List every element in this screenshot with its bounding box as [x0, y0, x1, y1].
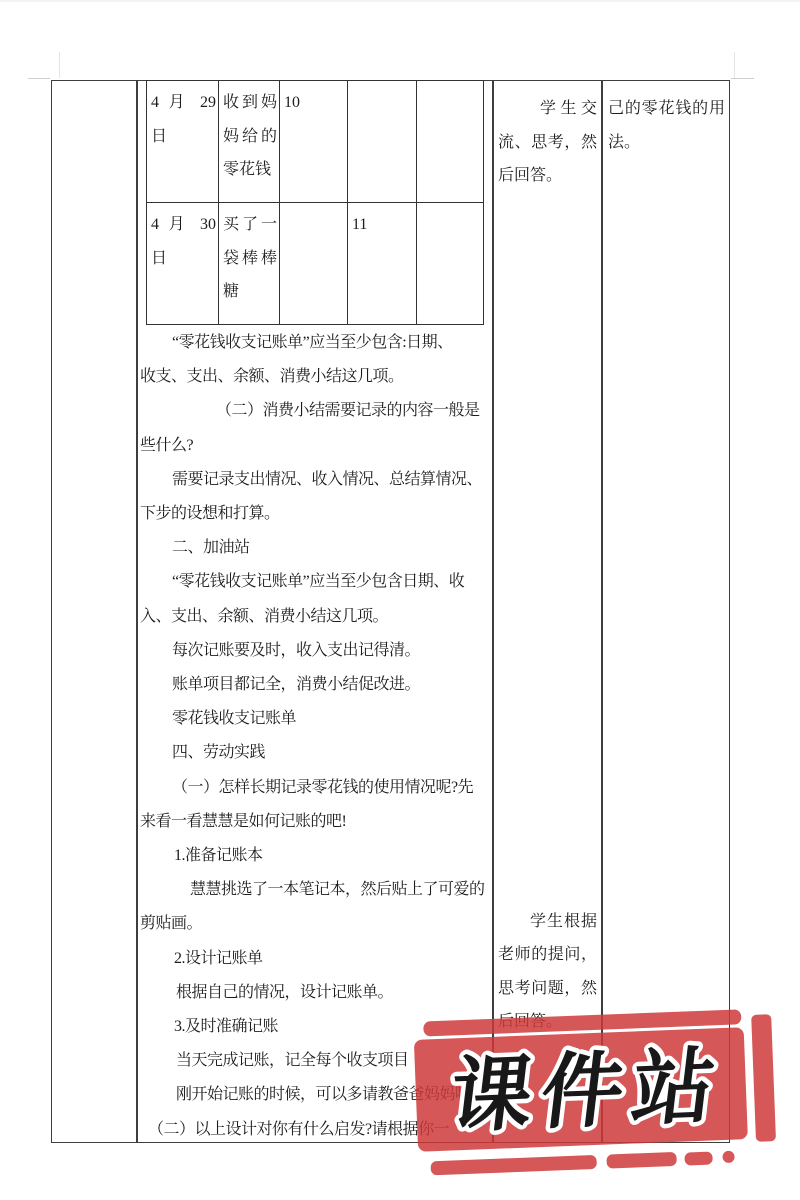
body-line: （二）消费小结需要记录的内容一般是: [140, 394, 488, 428]
ledger-cell: [348, 81, 417, 203]
stamp-text: 课件站: [445, 1040, 729, 1142]
stamp-text-svg: 课件站: [418, 1025, 758, 1158]
body-line: 零花钱收支记账单: [140, 702, 488, 736]
ledger-cell: [417, 203, 484, 325]
margin-cropmark-right: [731, 78, 754, 79]
page-top-edge: [0, 0, 800, 2]
design-intent-text: 己的零花钱的用法。: [608, 92, 725, 159]
margin-cropmark-left: [28, 78, 50, 79]
body-line: 四、劳动实践: [140, 736, 488, 770]
ledger-row: 4 月 30 日买了一袋棒棒糖11: [147, 203, 484, 325]
watermark-stamp: 课件站: [407, 998, 781, 1187]
body-line: 收支、支出、余额、消费小结这几项。: [140, 360, 488, 394]
body-line: 1.准备记账本: [140, 839, 488, 873]
margin-cropmark-right-vertical: [734, 52, 735, 78]
body-line: 每次记账要及时，收入支出记得清。: [140, 634, 488, 668]
body-line: 二、加油站: [140, 531, 488, 565]
body-line: 来看一看慧慧是如何记账的吧!: [140, 805, 488, 839]
ledger-cell: 4 月 29 日: [147, 81, 219, 203]
body-line: 入、支出、余额、消费小结这几项。: [140, 600, 488, 634]
body-line: （一）怎样长期记录零花钱的使用情况呢?先: [140, 771, 488, 805]
body-line: 需要记录支出情况、收入情况、总结算情况、: [140, 463, 488, 497]
ledger-cell: 11: [348, 203, 417, 325]
ledger-row: 4 月 29 日收到妈妈给的零花钱10: [147, 81, 484, 203]
ledger-cell: [280, 203, 348, 325]
body-line: 慧慧挑选了一本笔记本，然后贴上了可爱的: [140, 873, 488, 907]
body-line: 根据自己的情况，设计记账单。: [140, 976, 488, 1010]
body-line: 2.设计记账单: [140, 942, 488, 976]
design-intent-column: 己的零花钱的用法。: [603, 84, 730, 159]
body-line: “零花钱收支记账单”应当至少包含日期、收: [140, 565, 488, 599]
body-line: “零花钱收支记账单”应当至少包含:日期、: [140, 326, 488, 360]
ledger-cell: 收到妈妈给的零花钱: [219, 81, 280, 203]
body-line: 下步的设想和打算。: [140, 497, 488, 531]
body-line: 些什么?: [140, 429, 488, 463]
ledger-cell: 10: [280, 81, 348, 203]
body-line: 账单项目都记全，消费小结促改进。: [140, 668, 488, 702]
ledger-table: 4 月 29 日收到妈妈给的零花钱104 月 30 日买了一袋棒棒糖11: [146, 80, 484, 325]
page: { "document": { "ledger_table": { "rows"…: [0, 0, 800, 1200]
ledger-cell: 买了一袋棒棒糖: [219, 203, 280, 325]
stamp-border-bottom-dot: [722, 1151, 734, 1163]
outer-table-column-line-3: [601, 81, 603, 1142]
stamp-border-bottom-dash: [431, 1155, 597, 1175]
outer-table-column-line-1: [136, 81, 138, 1142]
student-activity-column: 学生交流、思考，然后回答。 学生根据老师的提问，思考问题，然后回答。: [494, 84, 601, 1039]
student-activity-top: 学生交流、思考，然后回答。: [498, 92, 597, 193]
ledger-cell: [417, 81, 484, 203]
margin-cropmark-left-vertical: [59, 52, 60, 78]
stamp-border-bottom-dash: [606, 1152, 676, 1169]
stamp-border-bottom-dash: [684, 1152, 712, 1166]
body-line: 剪贴画。: [140, 907, 488, 941]
ledger-body: 4 月 29 日收到妈妈给的零花钱104 月 30 日买了一袋棒棒糖11: [147, 81, 484, 325]
ledger-cell: 4 月 30 日: [147, 203, 219, 325]
